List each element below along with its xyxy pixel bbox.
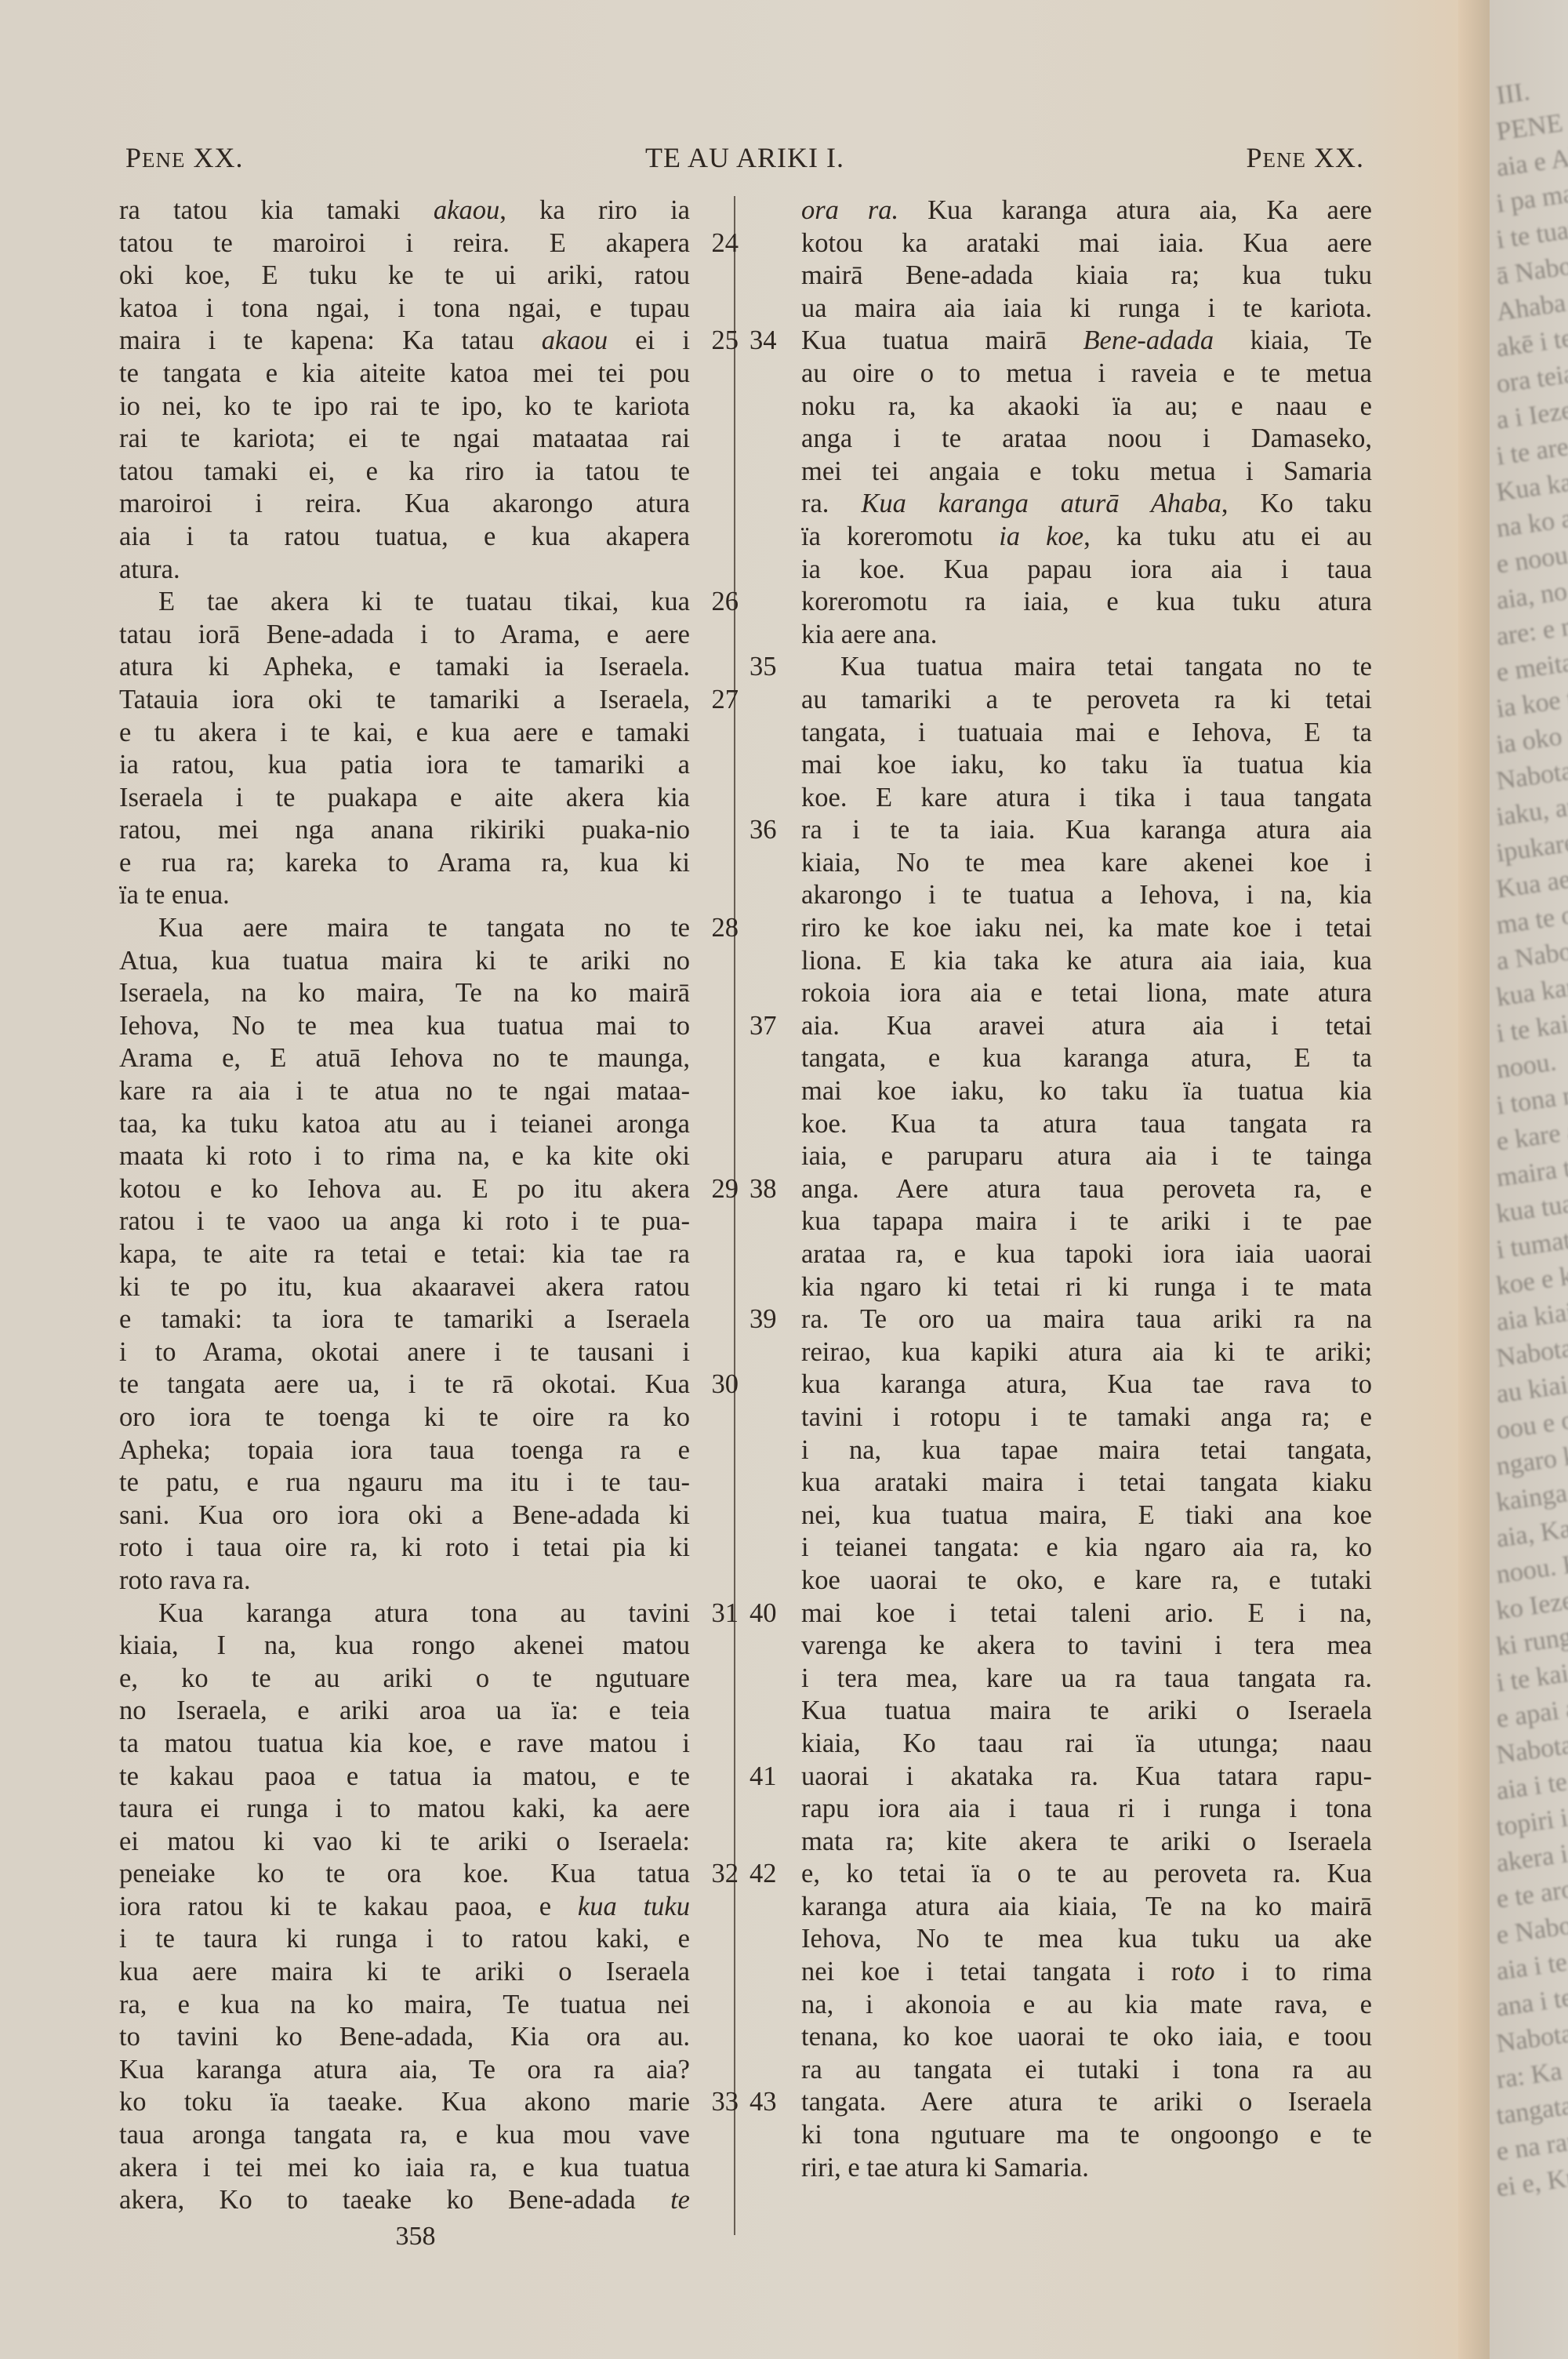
text-line: Kua karanga atura tona au tavini31 [119,1598,690,1630]
line-text: Kua karanga atura tona au tavini [158,1598,690,1628]
text-line: roto i taua oire ra, ki roto i tetai pia… [119,1532,690,1565]
italic-text: to [1194,1957,1215,1986]
text-line: Kua tuatua maira tetai tangata no te35 [801,651,1372,684]
text-line: mei tei angaia e toku metua i Samaria [801,456,1372,489]
line-text: e tu akera i te kai, e kua aere e tamaki [119,718,690,747]
text-line: oki koe, E tuku ke te ui ariki, ratou [119,260,690,293]
line-text: tangata. Aere atura te ariki o Iseraela [801,2087,1372,2117]
text-line: varenga ke akera to tavini i tera mea [801,1630,1372,1663]
line-text: mai koe iaku, ko taku ïa tuatua kia [801,1076,1372,1106]
line-text: kiaia, No te mea kare akenei koe i [801,848,1372,878]
text-line: Tatauia iora oki te tamariki a Iseraela,… [119,684,690,717]
line-text: te tangata aere ua, i te rā okotai. Kua [119,1369,690,1399]
line-text: kiaia, I na, kua rongo akenei matou [119,1630,690,1660]
line-text: Kua tuatua mairā Bene-adada kiaia, Te [801,325,1372,355]
line-text: koe. E kare atura i tika i taua tangata [801,783,1372,812]
line-text: kua arataki maira i tetai tangata kiaku [801,1467,1372,1497]
line-text: te patu, e rua ngauru ma itu i te tau- [119,1467,690,1497]
text-line: kua karanga atura, Kua tae rava to [801,1369,1372,1401]
text-line: maira i te kapena: Ka tatau akaou ei i25 [119,325,690,358]
text-line: ra. Kua karanga aturā Ahaba, Ko taku [801,488,1372,521]
verse-number: 35 [750,651,777,684]
line-text: ia ratou, kua patia iora te tamariki a [119,750,690,780]
line-text: Iseraela, na ko maira, Te na ko mairā [119,978,690,1008]
italic-text: kua tuku [578,1892,690,1921]
line-text: arataa ra, e kua tapoki iora iaia uaorai [801,1239,1372,1269]
line-text: Iehova, No te mea kua tuatua mai to [119,1011,690,1041]
line-text: ora ra. Kua karanga atura aia, Ka aere [801,195,1372,225]
line-text: maata ki roto i to rima na, e ka kite ok… [119,1141,690,1171]
text-line: kotou e ko Iehova au. E po itu akera29 [119,1173,690,1206]
text-line: kia ngaro ki tetai ri ki runga i te mata [801,1271,1372,1304]
verse-number: 29 [712,1173,739,1206]
line-text: na, i akonoia e au kia mate rava, e [801,1990,1372,2019]
text-line: mata ra; kite akera te ariki o Iseraela [801,1826,1372,1859]
verse-number: 25 [712,325,739,358]
line-text: kotou ka arataki mai iaia. Kua aere [801,228,1372,258]
line-text: koreromotu ra iaia, e kua tuku atura [801,587,1372,616]
text-line: ora ra. Kua karanga atura aia, Ka aere [801,194,1372,227]
text-line: ua maira aia iaia ki runga i te kariota. [801,293,1372,325]
line-text: rokoia iora aia e tetai liona, mate atur… [801,978,1372,1008]
line-text: kua tapapa maira i te ariki i te pae [801,1206,1372,1236]
line-text: Atua, kua tuatua maira ki te ariki no [119,946,690,976]
facing-page-fragment: III. [1494,60,1568,111]
text-line: Kua karanga atura aia, Te ora ra aia? [119,2054,690,2087]
text-line: liona. E kia taka ke atura aia iaia, kua [801,945,1372,978]
line-text: katoa i tona ngai, i tona ngai, e tupau [119,293,690,323]
running-head-right: PENE XX. [1246,141,1364,174]
text-line: taua aronga tangata ra, e kua mou vave [119,2119,690,2152]
text-line: ki tona ngutuare ma te ongoongo e te [801,2119,1372,2152]
line-text: ra i te ta iaia. Kua karanga atura aia [801,815,1372,845]
right-column: ora ra. Kua karanga atura aia, Ka aereko… [801,194,1372,2184]
text-line: maata ki roto i to rima na, e ka kite ok… [119,1140,690,1173]
text-line: e, ko tetai ïa o te au peroveta ra. Kua4… [801,1858,1372,1891]
line-text: kare ra aia i te atua no te ngai mataa- [119,1076,690,1106]
line-text: uaorai i akataka ra. Kua tatara rapu- [801,1761,1372,1791]
line-text: taura ei runga i to matou kaki, ka aere [119,1794,690,1823]
text-line: sani. Kua oro iora oki a Bene-adada ki [119,1499,690,1532]
line-text: i te taura ki runga i to ratou kaki, e [119,1924,690,1954]
line-text: ko toku ïa taeake. Kua akono marie [119,2087,690,2117]
line-text: anga i te arataa noou i Damaseko, [801,423,1372,453]
line-text: ia koe. Kua papau iora aia i taua [801,554,1372,584]
text-line: riro ke koe iaku nei, ka mate koe i teta… [801,912,1372,945]
line-text: e, ko tetai ïa o te au peroveta ra. Kua [801,1859,1372,1888]
line-text: akera i tei mei ko iaia ra, e kua tuatua [119,2153,690,2183]
verse-number: 32 [712,1858,739,1891]
line-text: iaia, e paruparu atura aia i te tainga [801,1141,1372,1171]
line-text: kia aere ana. [801,620,937,649]
line-text: Apheka; topaia iora taua toenga ra e [119,1435,690,1465]
line-text: liona. E kia taka ke atura aia iaia, kua [801,946,1372,976]
text-line: mairā Bene-adada kiaia ra; kua tuku [801,260,1372,293]
verse-number: 34 [750,325,777,358]
line-text: ïa koreromotu ia koe, ka tuku atu ei au [801,522,1372,551]
left-column: ra tatou kia tamaki akaou, ka riro iatat… [119,194,690,2217]
line-text: kiaia, Ko taau rai ïa utunga; naau [801,1728,1372,1758]
facing-page-edge: III.PENE Xaia e Ahabai pa mai ii te tuat… [1490,0,1568,2359]
line-text: kotou e ko Iehova au. E po itu akera [119,1174,690,1204]
running-header: PENE XX. TE AU ARIKI I. PENE XX. [125,141,1364,180]
text-line: kia aere ana. [801,619,1372,652]
line-text: roto rava ra. [119,1565,251,1595]
line-text: ra au tangata ei tutaki i tona ra au [801,2055,1372,2085]
line-text: E tae akera ki te tuatau tikai, kua [158,587,690,616]
text-line: e tamaki: ta iora te tamariki a Iseraela [119,1303,690,1336]
text-line: taa, ka tuku katoa atu au i teianei aron… [119,1108,690,1141]
text-line: ra tatou kia tamaki akaou, ka riro ia [119,194,690,227]
text-line: kiaia, I na, kua rongo akenei matou [119,1630,690,1663]
line-text: koe uaorai te oko, e kare ra, e tutaki [801,1565,1372,1595]
line-text: tatou tamaki ei, e ka riro ia tatou te [119,456,690,486]
line-text: kua aere maira ki te ariki o Iseraela [119,1957,690,1986]
text-line: atura. [119,554,690,587]
text-line: i na, kua tapae maira tetai tangata, [801,1434,1372,1467]
text-line: atura ki Apheka, e tamaki ia Iseraela. [119,651,690,684]
text-line: tenana, ko koe uaorai te oko iaia, e too… [801,2021,1372,2054]
line-text: te tangata e kia aiteite katoa mei tei p… [119,358,690,388]
text-line: anga i te arataa noou i Damaseko, [801,423,1372,456]
text-line: io nei, ko te ipo rai te ipo, ko te kari… [119,391,690,423]
verse-number: 38 [750,1173,777,1206]
verse-number: 33 [712,2086,739,2119]
text-line: nei koe i tetai tangata i roto i to rima [801,1956,1372,1989]
text-line: e rua ra; kareka to Arama ra, kua ki [119,847,690,880]
line-text: e tamaki: ta iora te tamariki a Iseraela [119,1304,690,1334]
line-text: ratou, mei nga anana rikiriki puaka-nio [119,815,690,845]
line-text: akarongo i te tuatua a Iehova, i na, kia [801,880,1372,910]
verse-number: 24 [712,227,739,260]
text-line: te tangata e kia aiteite katoa mei tei p… [119,358,690,391]
page-number: 358 [376,2222,455,2252]
text-line: ia ratou, kua patia iora te tamariki a [119,749,690,782]
text-line: koe. E kare atura i tika i taua tangata [801,782,1372,815]
line-text: reirao, kua kapiki atura aia ki te ariki… [801,1337,1372,1367]
text-line: te patu, e rua ngauru ma itu i te tau- [119,1467,690,1499]
line-text: au oire o to metua i raveia e te metua [801,358,1372,388]
line-text: mata ra; kite akera te ariki o Iseraela [801,1826,1372,1856]
text-line: Kua tuatua mairā Bene-adada kiaia, Te34 [801,325,1372,358]
verse-number: 43 [750,2086,777,2119]
text-line: e tu akera i te kai, e kua aere e tamaki [119,717,690,750]
text-line: aia. Kua aravei atura aia i tetai37 [801,1010,1372,1043]
line-text: ki te po itu, kua akaaravei akera ratou [119,1272,690,1302]
text-line: reirao, kua kapiki atura aia ki te ariki… [801,1336,1372,1369]
text-line: te tangata aere ua, i te rā okotai. Kua3… [119,1369,690,1401]
line-text: to tavini ko Bene-adada, Kia ora au. [119,2022,690,2052]
line-text: mai koe iaku, ko taku ïa tuatua kia [801,750,1372,780]
line-text: kia ngaro ki tetai ri ki runga i te mata [801,1272,1372,1302]
text-line: kua aere maira ki te ariki o Iseraela [119,1956,690,1989]
text-line: rapu iora aia i taua ri i runga i tona [801,1793,1372,1826]
verse-number: 39 [750,1303,777,1336]
text-line: kiaia, Ko taau rai ïa utunga; naau [801,1728,1372,1761]
text-line: karanga atura aia kiaia, Te na ko mairā [801,1891,1372,1924]
text-line: tavini i rotopu i te tamaki anga ra; e [801,1401,1372,1434]
italic-text: Bene-adada [1083,325,1214,355]
text-line: tangata, e kua karanga atura, E ta [801,1042,1372,1075]
text-line: Iseraela, na ko maira, Te na ko mairā [119,977,690,1010]
line-text: tenana, ko koe uaorai te oko iaia, e too… [801,2022,1372,2052]
verse-number: 37 [750,1010,777,1043]
line-text: Tatauia iora oki te tamariki a Iseraela, [119,685,690,714]
line-text: taua aronga tangata ra, e kua mou vave [119,2120,690,2150]
text-line: Iehova, No te mea kua tuku ua ake [801,1923,1372,1956]
line-text: roto i taua oire ra, ki roto i tetai pia… [119,1532,690,1562]
line-text: Kua tuatua maira tetai tangata no te [840,652,1372,682]
text-line: E tae akera ki te tuatau tikai, kua26 [119,586,690,619]
line-text: atura ki Apheka, e tamaki ia Iseraela. [119,652,690,682]
text-line: koreromotu ra iaia, e kua tuku atura [801,586,1372,619]
text-line: tatau iorā Bene-adada i to Arama, e aere [119,619,690,652]
text-line: peneiake ko te ora koe. Kua tatua32 [119,1858,690,1891]
line-text: taa, ka tuku katoa atu au i teianei aron… [119,1109,690,1139]
text-line: ei matou ki vao ki te ariki o Iseraela: [119,1826,690,1859]
italic-text: te [670,2185,690,2215]
text-line: i teianei tangata: e kia ngaro aia ra, k… [801,1532,1372,1565]
line-text: i to Arama, okotai anere i te tausani i [119,1337,690,1367]
line-text: oro iora te toenga ki te oire ra ko [119,1402,690,1432]
line-text: ïa te enua. [119,880,230,910]
text-line: rokoia iora aia e tetai liona, mate atur… [801,977,1372,1010]
line-text: mai koe i tetai taleni ario. E i na, [801,1598,1372,1628]
line-text: i tera mea, kare ua ra taua tangata ra. [801,1663,1372,1693]
verse-number: 42 [750,1858,777,1891]
text-line: Arama e, E atuā Iehova no te maunga, [119,1042,690,1075]
line-text: i teianei tangata: e kia ngaro aia ra, k… [801,1532,1372,1562]
text-line: mai koe i tetai taleni ario. E i na,40 [801,1598,1372,1630]
text-line: akera, Ko to taeake ko Bene-adada te [119,2184,690,2217]
line-text: varenga ke akera to tavini i tera mea [801,1630,1372,1660]
text-line: mai koe iaku, ko taku ïa tuatua kia [801,749,1372,782]
book-page: PENE XX. TE AU ARIKI I. PENE XX. ra tato… [0,0,1474,2359]
line-text: ratou i te vaoo ua anga ki roto i te pua… [119,1206,690,1236]
text-line: anga. Aere atura taua peroveta ra, e38 [801,1173,1372,1206]
text-line: arataa ra, e kua tapoki iora iaia uaorai [801,1238,1372,1271]
text-line: riri, e tae atura ki Samaria. [801,2152,1372,2185]
verse-number: 31 [712,1598,739,1630]
text-line: Iehova, No te mea kua tuatua mai to [119,1010,690,1043]
line-text: riro ke koe iaku nei, ka mate koe i teta… [801,913,1372,943]
verse-number: 36 [750,814,777,847]
text-line: tangata. Aere atura te ariki o Iseraela4… [801,2086,1372,2119]
line-text: tangata, e kua karanga atura, E ta [801,1043,1372,1073]
text-line: katoa i tona ngai, i tona ngai, e tupau [119,293,690,325]
text-line: kare ra aia i te atua no te ngai mataa- [119,1075,690,1108]
line-text: Iseraela i te puakapa e aite akera kia [119,783,690,812]
line-text: ra. Kua karanga aturā Ahaba, Ko taku [801,489,1372,518]
verse-number: 27 [712,684,739,717]
verse-number: 30 [712,1369,739,1401]
text-line: na, i akonoia e au kia mate rava, e [801,1989,1372,2022]
line-text: e rua ra; kareka to Arama ra, kua ki [119,848,690,878]
text-line: kiaia, No te mea kare akenei koe i [801,847,1372,880]
line-text: peneiake ko te ora koe. Kua tatua [119,1859,690,1888]
line-text: mei tei angaia e toku metua i Samaria [801,456,1372,486]
line-text: sani. Kua oro iora oki a Bene-adada ki [119,1500,690,1530]
text-line: tatou te maroiroi i reira. E akapera24 [119,227,690,260]
text-line: au oire o to metua i raveia e te metua [801,358,1372,391]
text-line: ra. Te oro ua maira taua ariki ra na39 [801,1303,1372,1336]
text-line: koe. Kua ta atura taua tangata ra [801,1108,1372,1141]
line-text: aia i ta ratou tuatua, e kua akapera [119,522,690,551]
line-text: rapu iora aia i taua ri i runga i tona [801,1794,1372,1823]
line-text: Kua karanga atura aia, Te ora ra aia? [119,2055,690,2085]
verse-number: 40 [750,1598,777,1630]
text-line: ïa te enua. [119,879,690,912]
text-line: au tamariki a te peroveta ra ki tetai [801,684,1372,717]
text-line: Apheka; topaia iora taua toenga ra e [119,1434,690,1467]
text-line: ratou, mei nga anana rikiriki puaka-nio [119,814,690,847]
line-text: ki tona ngutuare ma te ongoongo e te [801,2120,1372,2150]
line-text: karanga atura aia kiaia, Te na ko mairā [801,1892,1372,1921]
text-line: kua tapapa maira i te ariki i te pae [801,1205,1372,1238]
text-line: roto rava ra. [119,1565,690,1598]
line-text: oki koe, E tuku ke te ui ariki, ratou [119,260,690,290]
text-line: kapa, te aite ra tetai e tetai: kia tae … [119,1238,690,1271]
text-line: mai koe iaku, ko taku ïa tuatua kia [801,1075,1372,1108]
line-text: Arama e, E atuā Iehova no te maunga, [119,1043,690,1073]
line-text: te kakau paoa e tatua ia matou, e te [119,1761,690,1791]
line-text: kapa, te aite ra tetai e tetai: kia tae … [119,1239,690,1269]
line-text: ra tatou kia tamaki akaou, ka riro ia [119,195,690,225]
text-line: i tera mea, kare ua ra taua tangata ra. [801,1663,1372,1696]
verse-number: 41 [750,1761,777,1794]
text-line: i te taura ki runga i to ratou kaki, e [119,1923,690,1956]
line-text: maira i te kapena: Ka tatau akaou ei i [119,325,690,355]
text-line: Iseraela i te puakapa e aite akera kia [119,782,690,815]
text-line: rai te kariota; ei te ngai mataataa rai [119,423,690,456]
line-text: tangata, i tuatuaia mai e Iehova, E ta [801,718,1372,747]
line-text: e, ko te au ariki o te ngutuare [119,1663,690,1693]
text-line: Kua aere maira te tangata no te28 [119,912,690,945]
text-line: ia koe. Kua papau iora aia i taua [801,554,1372,587]
line-text: ta matou tuatua kia koe, e rave matou i [119,1728,690,1758]
text-line: to tavini ko Bene-adada, Kia ora au. [119,2021,690,2054]
line-text: ua maira aia iaia ki runga i te kariota. [801,293,1372,323]
line-text: io nei, ko te ipo rai te ipo, ko te kari… [119,391,690,421]
text-line: ratou i te vaoo ua anga ki roto i te pua… [119,1205,690,1238]
text-line: nei, kua tuatua maira, E tiaki ana koe [801,1499,1372,1532]
line-text: ra. Te oro ua maira taua ariki ra na [801,1304,1372,1334]
text-line: akarongo i te tuatua a Iehova, i na, kia [801,879,1372,912]
line-text: ra, e kua na ko maira, Te tuatua nei [119,1990,690,2019]
line-text: anga. Aere atura taua peroveta ra, e [801,1174,1372,1204]
text-line: tangata, i tuatuaia mai e Iehova, E ta [801,717,1372,750]
text-line: te kakau paoa e tatua ia matou, e te [119,1761,690,1794]
text-line: ki te po itu, kua akaaravei akera ratou [119,1271,690,1304]
text-line: ra au tangata ei tutaki i tona ra au [801,2054,1372,2087]
line-text: Kua aere maira te tangata no te [158,913,690,943]
text-line: ko toku ïa taeake. Kua akono marie33 [119,2086,690,2119]
line-text: rai te kariota; ei te ngai mataataa rai [119,423,690,453]
line-text: noku ra, ka akaoki ïa au; e naau e [801,391,1372,421]
line-text: koe. Kua ta atura taua tangata ra [801,1109,1372,1139]
line-text: akera, Ko to taeake ko Bene-adada te [119,2185,690,2215]
line-text: tavini i rotopu i te tamaki anga ra; e [801,1402,1372,1432]
text-line: koe uaorai te oko, e kare ra, e tutaki [801,1565,1372,1598]
text-line: ta matou tuatua kia koe, e rave matou i [119,1728,690,1761]
line-text: Kua tuatua maira te ariki o Iseraela [801,1696,1372,1725]
text-line: Kua tuatua maira te ariki o Iseraela [801,1695,1372,1728]
italic-text: akaou [542,325,608,355]
text-line: kotou ka arataki mai iaia. Kua aere [801,227,1372,260]
text-line: ra, e kua na ko maira, Te tuatua nei [119,1989,690,2022]
text-line: ïa koreromotu ia koe, ka tuku atu ei au [801,521,1372,554]
line-text: tatau iorā Bene-adada i to Arama, e aere [119,620,690,649]
line-text: maroiroi i reira. Kua akarongo atura [119,489,690,518]
text-line: maroiroi i reira. Kua akarongo atura [119,488,690,521]
line-text: ei matou ki vao ki te ariki o Iseraela: [119,1826,690,1856]
text-line: ra i te ta iaia. Kua karanga atura aia36 [801,814,1372,847]
text-line: aia i ta ratou tuatua, e kua akapera [119,521,690,554]
line-text: mairā Bene-adada kiaia ra; kua tuku [801,260,1372,290]
line-text: tatou te maroiroi i reira. E akapera [119,228,690,258]
line-text: au tamariki a te peroveta ra ki tetai [801,685,1372,714]
text-line: i to Arama, okotai anere i te tausani i [119,1336,690,1369]
line-text: aia. Kua aravei atura aia i tetai [801,1011,1372,1041]
column-divider [734,196,735,2235]
text-line: iora ratou ki te kakau paoa, e kua tuku [119,1891,690,1924]
text-line: uaorai i akataka ra. Kua tatara rapu-41 [801,1761,1372,1794]
line-text: iora ratou ki te kakau paoa, e kua tuku [119,1892,690,1921]
line-text: kua karanga atura, Kua tae rava to [801,1369,1372,1399]
text-line: noku ra, ka akaoki ïa au; e naau e [801,391,1372,423]
text-line: tatou tamaki ei, e ka riro ia tatou te [119,456,690,489]
text-line: no Iseraela, e ariki aroa ua ïa: e teia [119,1695,690,1728]
italic-text: Kua karanga aturā Ahaba [861,489,1221,518]
line-text: nei, kua tuatua maira, E tiaki ana koe [801,1500,1372,1530]
line-text: no Iseraela, e ariki aroa ua ïa: e teia [119,1696,690,1725]
verse-number: 28 [712,912,739,945]
text-line: kua arataki maira i tetai tangata kiaku [801,1467,1372,1499]
text-line: oro iora te toenga ki te oire ra ko [119,1401,690,1434]
italic-text: ora ra. [801,195,898,225]
text-line: iaia, e paruparu atura aia i te tainga [801,1140,1372,1173]
verse-number: 26 [712,586,739,619]
line-text: riri, e tae atura ki Samaria. [801,2153,1089,2183]
text-line: e, ko te au ariki o te ngutuare [119,1663,690,1696]
text-line: Atua, kua tuatua maira ki te ariki no [119,945,690,978]
line-text: Iehova, No te mea kua tuku ua ake [801,1924,1372,1954]
book-title: TE AU ARIKI I. [125,141,1364,174]
line-text: nei koe i tetai tangata i roto i to rima [801,1957,1372,1986]
italic-text: ia koe [999,522,1083,551]
text-line: taura ei runga i to matou kaki, ka aere [119,1793,690,1826]
text-line: akera i tei mei ko iaia ra, e kua tuatua [119,2152,690,2185]
italic-text: akaou [434,195,499,225]
line-text: i na, kua tapae maira tetai tangata, [801,1435,1372,1465]
line-text: atura. [119,554,180,584]
